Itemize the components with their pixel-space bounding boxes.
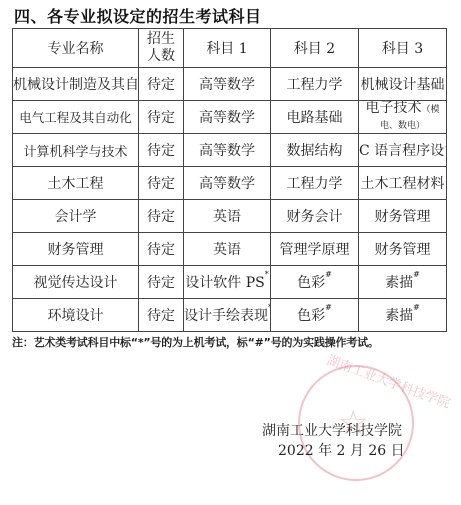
table-row: 计算机科学与技术 待定 高等数学 数据结构 C 语言程序设计 [13,134,447,167]
table-row: 土木工程 待定 高等数学 工程力学 土木工程材料 [13,167,447,200]
cell-quota: 待定 [139,200,184,233]
table-row: 财务管理 待定 英语 管理学原理 财务管理 [13,233,447,266]
cell-subject2: 数据结构 [271,134,359,167]
cell-subject1: 高等数学 [184,134,271,167]
header-major: 专业名称 [13,29,139,68]
header-quota-line1: 招生 [139,31,183,48]
cell-subject1: 英语 [184,233,271,266]
cell-subject2: 电路基础 [271,101,359,134]
cell-subject2: 工程力学 [271,68,359,101]
cell-quota: 待定 [139,68,184,101]
subject2-text: 色彩 [297,275,325,291]
header-subject1: 科目 1 [184,29,271,68]
header-subject3: 科目 3 [359,29,447,68]
subject3-main: 电子技术 [365,101,421,117]
exam-subjects-table: 专业名称 招生 人数 科目 1 科目 2 科目 3 机械设计制造及其自动化 待定… [12,28,447,332]
cell-major: 土木工程 [13,167,139,200]
cell-quota: 待定 [139,299,184,332]
practical-exam-mark: # [413,270,420,279]
cell-subject1: 高等数学 [184,101,271,134]
cell-subject3: 土木工程材料 [359,167,447,200]
cell-subject3: 电子技术（模 电、数电） [359,101,447,134]
cell-subject1: 设计软件 PS* [184,266,271,299]
cell-subject3: 财务管理 [359,200,447,233]
cell-subject3: 素描# [359,266,447,299]
cell-major: 机械设计制造及其自动化 [13,68,139,101]
cell-subject3: C 语言程序设计 [359,134,447,167]
signature-date: 2022 年 2 月 26 日 [278,440,405,460]
practical-exam-mark: # [413,303,420,312]
cell-quota: 待定 [139,134,184,167]
cell-major: 视觉传达设计 [13,266,139,299]
cell-subject1: 高等数学 [184,167,271,200]
footnote: 注：艺术类考试科目中标“*”号的为上机考试，标“#”号的为实践操作考试。 [12,334,379,350]
cell-major: 计算机科学与技术 [13,134,139,167]
cell-major: 电气工程及其自动化 [13,101,139,134]
cell-subject3: 机械设计基础 [359,68,447,101]
computer-exam-mark: * [265,270,269,279]
table-row: 会计学 待定 英语 财务会计 财务管理 [13,200,447,233]
cell-subject2: 色彩# [271,266,359,299]
header-quota: 招生 人数 [139,29,184,68]
cell-subject2: 色彩# [271,299,359,332]
table-row: 视觉传达设计 待定 设计软件 PS* 色彩# 素描# [13,266,447,299]
cell-quota: 待定 [139,101,184,134]
cell-quota: 待定 [139,233,184,266]
subject3-note-a: （模 [421,105,439,115]
subject3-text: 素描 [385,275,413,291]
subject2-text: 色彩 [297,308,325,324]
header-subject2: 科目 2 [271,29,359,68]
subject3-note-b: 电、数电） [380,121,425,131]
cell-subject2: 财务会计 [271,200,359,233]
cell-quota: 待定 [139,266,184,299]
cell-subject3: 素描# [359,299,447,332]
cell-major: 环境设计 [13,299,139,332]
cell-subject1: 英语 [184,200,271,233]
cell-subject1: 设计手绘表现* [184,299,271,332]
subject3-text: 素描 [385,308,413,324]
table-row: 电气工程及其自动化 待定 高等数学 电路基础 电子技术（模 电、数电） [13,101,447,134]
subject1-text: 设计手绘表现 [184,308,268,324]
practical-exam-mark: # [325,270,332,279]
table-header-row: 专业名称 招生 人数 科目 1 科目 2 科目 3 [13,29,447,68]
section-title: 四、各专业拟设定的招生考试科目 [14,4,262,27]
table-row: 机械设计制造及其自动化 待定 高等数学 工程力学 机械设计基础 [13,68,447,101]
cell-subject1: 高等数学 [184,68,271,101]
cell-subject3: 财务管理 [359,233,447,266]
subject1-text: 设计软件 PS [185,275,264,291]
cell-major: 财务管理 [13,233,139,266]
practical-exam-mark: # [325,303,332,312]
cell-major: 会计学 [13,200,139,233]
cell-quota: 待定 [139,167,184,200]
signature-organization: 湖南工业大学科技学院 [262,420,402,440]
table-row: 环境设计 待定 设计手绘表现* 色彩# 素描# [13,299,447,332]
header-quota-line2: 人数 [139,48,183,65]
cell-subject2: 工程力学 [271,167,359,200]
cell-subject2: 管理学原理 [271,233,359,266]
